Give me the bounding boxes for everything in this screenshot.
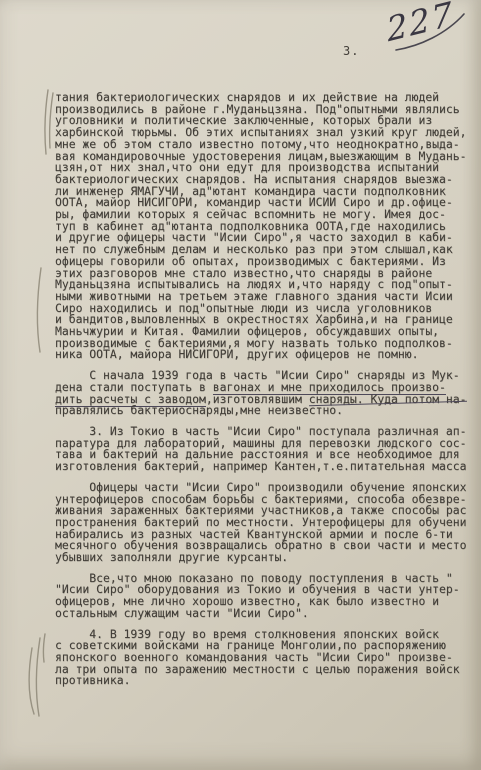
margin-mark-bottom-3: [43, 634, 45, 662]
paragraph-6: 4. В 1939 году во время столкновения япо…: [55, 629, 471, 688]
paragraph-1: тания бактериологических снарядов и их д…: [55, 92, 471, 361]
margin-mark-middle: [37, 268, 41, 352]
pen-underlined-text: снаряды. Куда потом на-: [309, 394, 467, 406]
margin-mark-bottom-2: [36, 638, 40, 716]
text-line: противника.: [55, 675, 471, 687]
margin-mark-bottom-1: [29, 648, 34, 714]
document-text: тания бактериологических снарядов и их д…: [55, 92, 471, 696]
margin-mark-top-2: [50, 93, 53, 148]
text-line: ника ООТА, майора НИСИГОРИ, других офице…: [55, 349, 471, 361]
text-line: правлялись бактериоснаряды,мне неизвестн…: [55, 405, 471, 417]
text-line: изготовления бактерий, например Кантен,т…: [55, 461, 471, 473]
paragraph-3: 3. Из Токио в часть "Исии Сиро" поступал…: [55, 426, 471, 473]
paragraph-5: Все,что мною показано по поводу поступле…: [55, 573, 471, 620]
text-line: убывших заполняли другие курсанты.: [55, 552, 471, 564]
handwritten-page-number: 227: [385, 0, 456, 49]
paragraph-2: С начала 1939 года в часть "Исии Сиро" с…: [55, 370, 471, 417]
text-line: остальным служащим части "Исии Сиро".: [55, 608, 471, 620]
margin-mark-top-1: [45, 90, 48, 154]
paragraph-4: Офицеры части "Исии Сиро" производили об…: [55, 482, 471, 564]
typed-page-number: 3.: [343, 44, 359, 58]
